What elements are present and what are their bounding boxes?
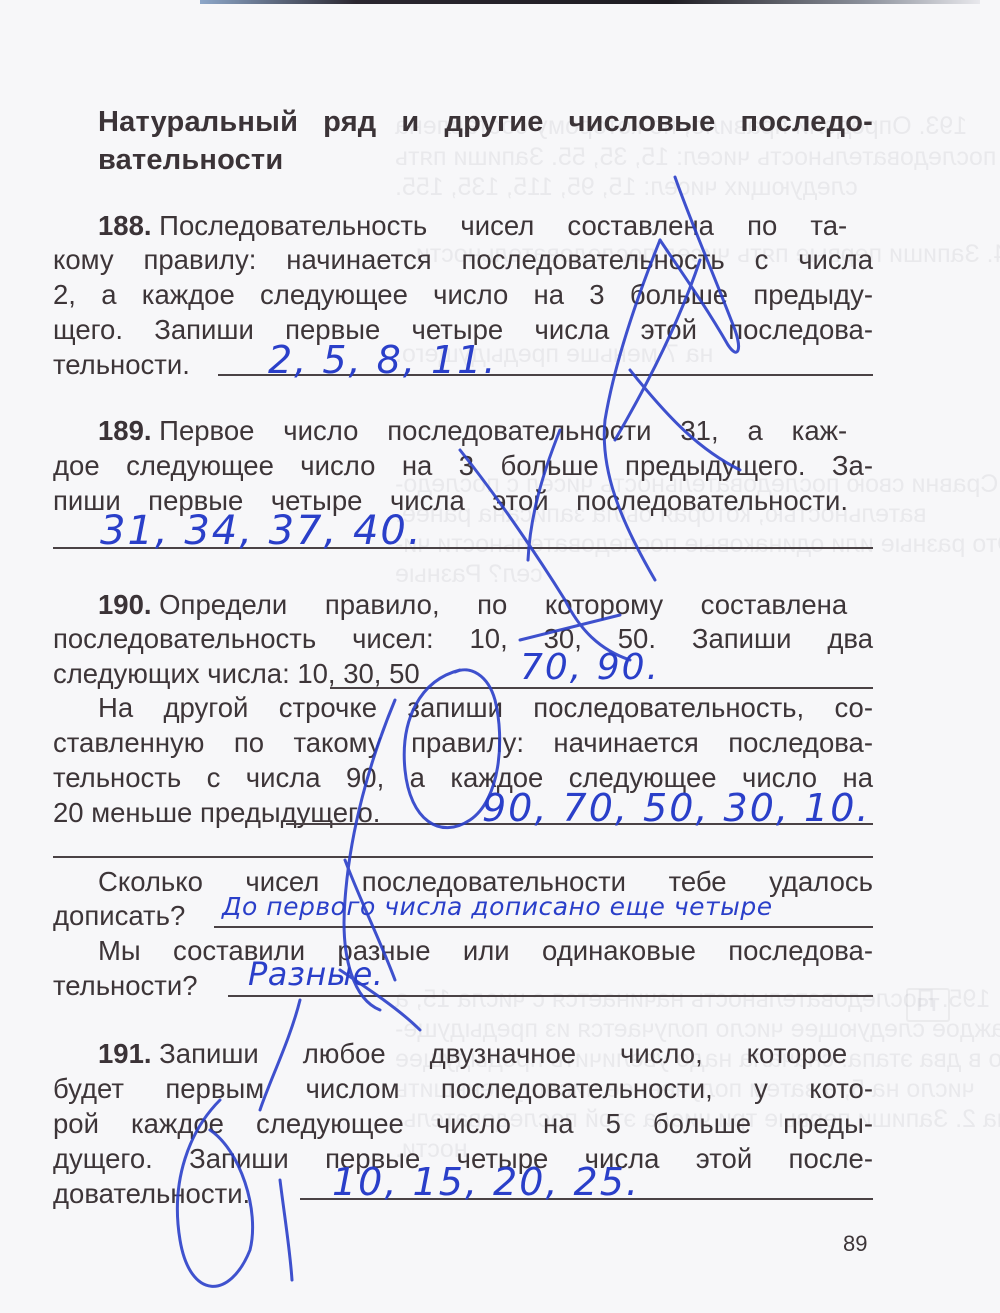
exercise-text: На другой строчке запиши последовательно…	[98, 690, 873, 726]
exercise-text: тельности?	[53, 968, 198, 1004]
handwritten-answer[interactable]: 31, 34, 37, 40.	[100, 508, 423, 554]
workbook-page: 193. Определи правило, по которому соста…	[0, 0, 1000, 1313]
exercise-text: Определи правило, по которому составлена	[159, 587, 847, 623]
answer-line	[53, 856, 873, 858]
handwritten-answer[interactable]: 70, 90.	[520, 647, 660, 688]
exercise-text: будет первым числом последовательности, …	[53, 1071, 873, 1107]
answer-line	[228, 995, 873, 997]
handwritten-answer[interactable]: 90, 70, 50, 30, 10.	[482, 786, 870, 830]
exercise-text: тельности.	[53, 347, 190, 383]
exercise-text: дописать?	[53, 898, 185, 934]
bleed-through-line: 195. Последовательность начинается с чис…	[395, 985, 990, 1014]
answer-line	[214, 926, 873, 928]
handwritten-answer[interactable]: 2, 5, 8, 11.	[268, 338, 497, 382]
exercise-text: Последовательность чисел составлена по т…	[159, 208, 847, 244]
exercise-text: последовательность чисел: 10, 30, 50. За…	[53, 621, 873, 657]
page-number: 89	[843, 1231, 867, 1257]
exercise-text: кому правилу: начинается последовательно…	[53, 242, 873, 278]
exercise-text: Запиши любое двузначное число, которое	[159, 1036, 847, 1072]
margin-badge: РТ	[906, 988, 950, 1022]
exercise-line: 188. Последовательность чисел составлена…	[98, 208, 847, 244]
handwritten-answer[interactable]: До первого числа дописано еще четыре	[222, 892, 773, 921]
exercise-line: 190. Определи правило, по которому соста…	[98, 587, 847, 623]
exercise-text: рой каждое следующее число на 5 больше п…	[53, 1106, 873, 1142]
exercise-text: Первое число последовательности 31, а ка…	[159, 413, 847, 449]
bleed-through-line: сел? Разные	[395, 560, 543, 589]
section-title: Натуральный ряд и другие числовые послед…	[98, 103, 873, 179]
exercise-number: 191.	[98, 1038, 152, 1069]
exercise-text: довательности.	[53, 1176, 250, 1212]
exercise-text: 2, а каждое следующее число на 3 больше …	[53, 277, 873, 313]
exercise-text: Мы составили разные или одинаковые после…	[98, 933, 873, 969]
exercise-text: 20 меньше предыдущего.	[53, 795, 380, 831]
exercise-line: 189. Первое число последовательности 31,…	[98, 413, 847, 449]
exercise-number: 189.	[98, 415, 152, 446]
exercise-text: ставленную по такому правилу: начинается…	[53, 725, 873, 761]
bleed-through-line: Это разные или одинаковые последовательн…	[395, 530, 1000, 559]
exercise-line: 191. Запиши любое двузначное число, кото…	[98, 1036, 847, 1072]
exercise-number: 190.	[98, 589, 152, 620]
exercise-number: 188.	[98, 210, 152, 241]
handwritten-answer[interactable]: 10, 15, 20, 25.	[332, 1160, 640, 1204]
handwritten-answer[interactable]: Разные.	[248, 955, 383, 993]
exercise-text: дое следующее число на 3 больше предыдущ…	[53, 448, 873, 484]
